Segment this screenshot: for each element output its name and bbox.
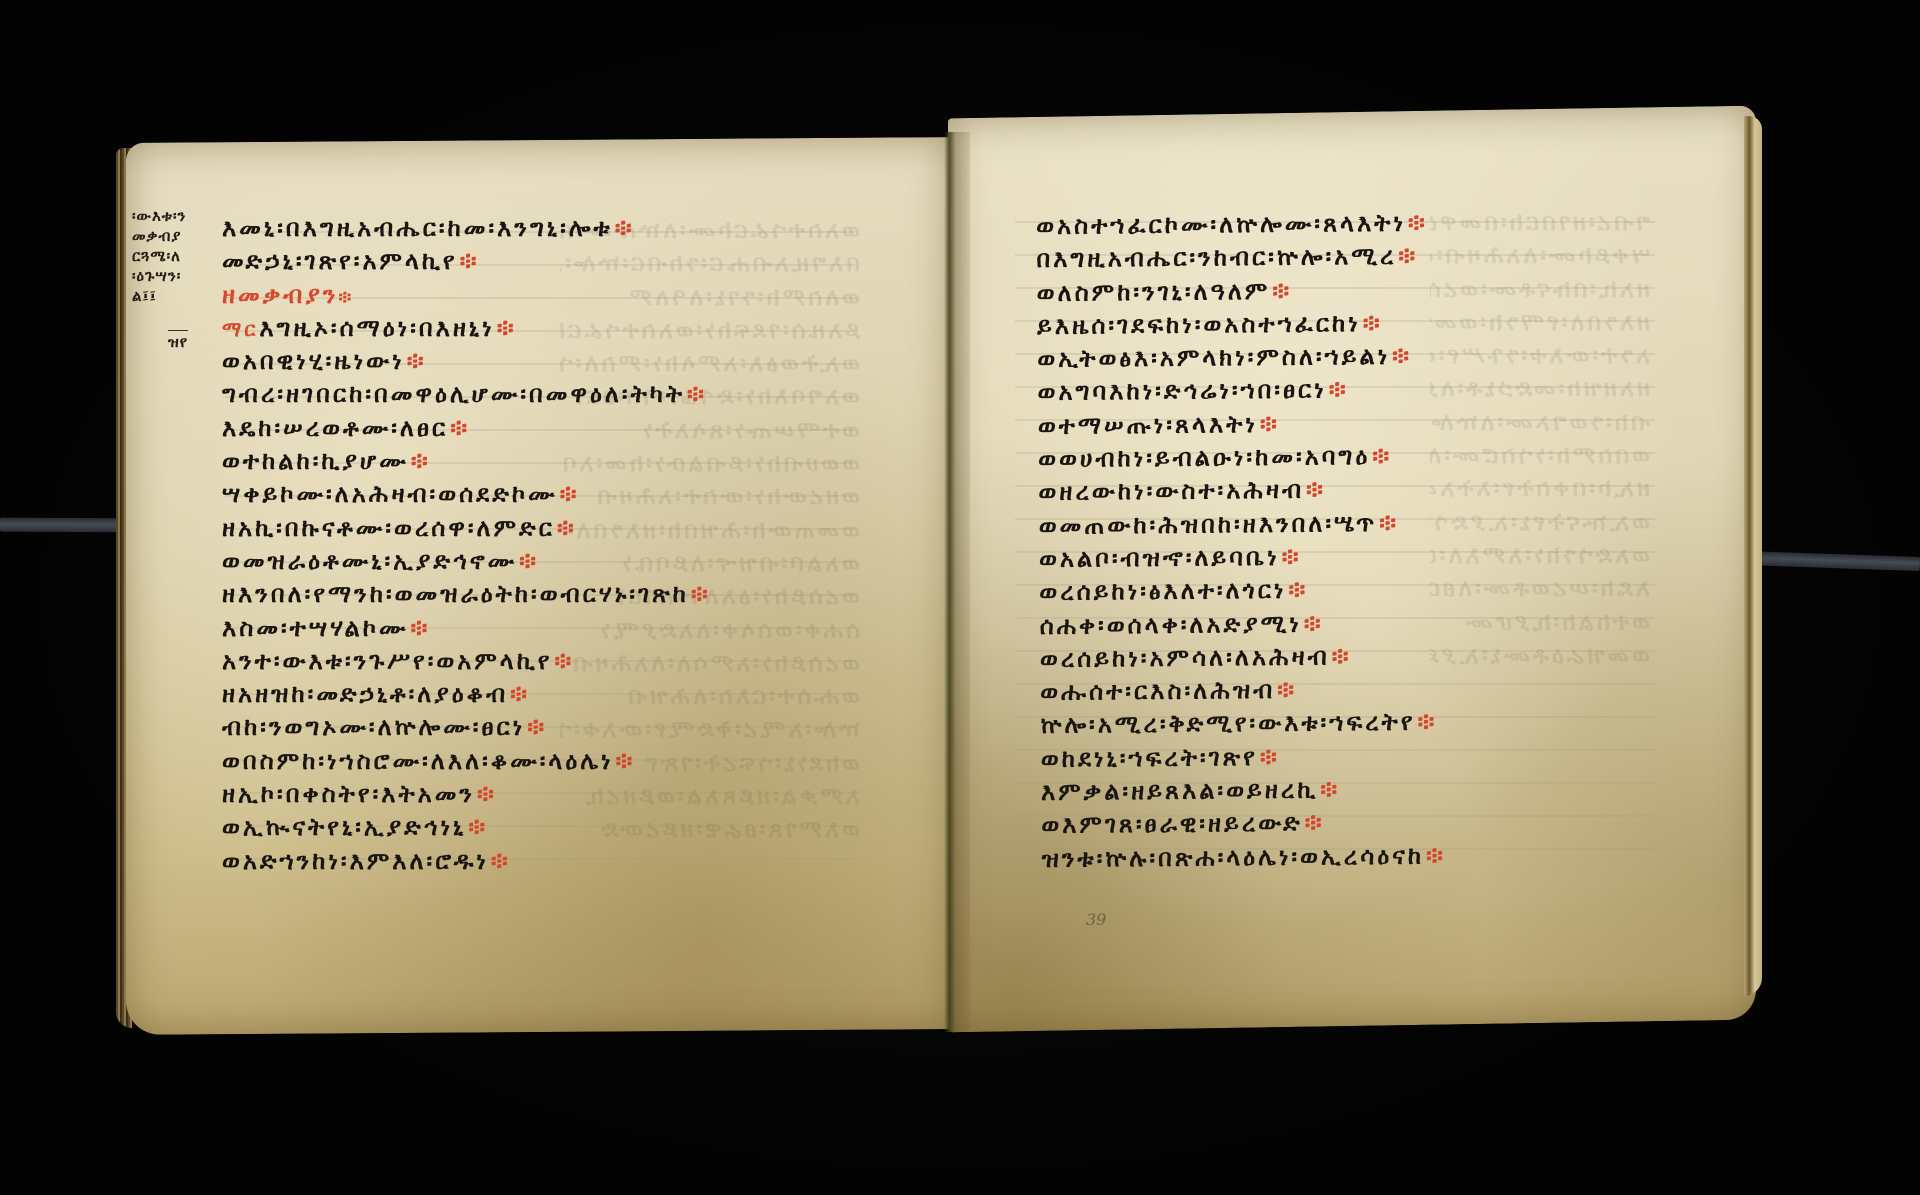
verse-divider-icon: ፨ — [554, 647, 574, 675]
text-line: እምቃል፡ዘይጸእል፡ወይዘረኪ፨ — [1041, 772, 1446, 809]
text-line: ዘአኪ፡በኩናቶሙ፡ወረሰዋ፡ለምድር፨ — [222, 512, 711, 545]
verse-divider-icon: ፨ — [510, 680, 530, 708]
verse-divider-icon: ፨ — [1417, 708, 1437, 736]
verse-divider-icon: ፨ — [491, 847, 511, 875]
verse-divider-icon: ፨ — [1372, 442, 1392, 470]
verse-divider-icon: ፨ — [1288, 576, 1308, 604]
rubric-incipit: ማር — [222, 317, 258, 341]
verse-divider-icon: ፨ — [1363, 309, 1383, 337]
verse-divider-icon: ፨ — [1277, 676, 1297, 704]
verse-divider-icon: ፨ — [1305, 809, 1325, 837]
text-line: ሣቀይኮሙ፡ለአሕዛብ፡ወሰደድኮሙ፨ — [222, 478, 711, 511]
verse-divider-icon: ፨ — [477, 780, 497, 808]
text-line: ወመዝራዕቶሙኒ፡ኢያድኅኖሙ፨ — [222, 545, 711, 578]
text-line: ወወሀብከነ፡ይብልዑነ፡ከመ፡አባግዕ፨ — [1038, 440, 1443, 477]
text-line: ወረሰይከነ፡አምሳለ፡ለአሕዛብ፨ — [1040, 639, 1445, 676]
text-line: ወኢትወፅእ፡አምላክነ፡ምስለ፡ኀይልነ፨ — [1037, 340, 1442, 377]
text-line: ግብረ፡ዘገበርከ፡በመዋዕሊሆሙ፡በመዋዕለ፡ትካት፨ — [222, 378, 711, 411]
left-page-text: እመኒ፡በእግዚአብሔር፡ከመ፡እንግኒ፡ሎቱ፨ መድኃኒ፡ገጽየ፡አምላኪየ፨… — [222, 212, 711, 878]
verse-divider-icon: ፨ — [1379, 509, 1399, 537]
verse-divider-icon: ፨ — [615, 214, 635, 242]
text-line: ወበስምከ፡ነኀስሮሙ፡ለእለ፡ቆሙ፡ላዕሌነ፨ — [222, 745, 711, 778]
right-page-text: ወአስተኀፈርኮሙ፡ለኵሎሙ፡ጸላእትነ፨ በእግዚአብሔር፡ንከብር፡ኵሎ፡አ… — [1036, 206, 1446, 875]
verse-divider-icon: ፨ — [1272, 276, 1292, 304]
text-line: ዘአዘዝከ፡መድኃኒቶ፡ለያዕቆብ፨ — [222, 678, 711, 711]
verse-divider-icon: ፨ — [1282, 543, 1302, 571]
text-line: ወኢኲናትየኒ፡ኢያድኅነኒ፨ — [222, 811, 711, 844]
verse-divider-icon: ፨ — [1306, 476, 1326, 504]
verse-divider-icon: ፨ — [450, 414, 470, 442]
verse-divider-icon: ፨ — [460, 247, 480, 275]
verse-divider-icon: ፨ — [519, 547, 539, 575]
verse-divider-icon: ፨ — [1260, 410, 1280, 438]
text-line: ወአግባእከነ፡ድኅሬነ፡ኀበ፡ፀርነ፨ — [1037, 373, 1442, 410]
verse-divider-icon: ፨ — [527, 713, 547, 741]
folio-number: 39 — [1086, 910, 1106, 929]
verse-divider-icon: ፨ — [557, 514, 577, 542]
text-line: ወአድኀንከነ፡እምእለ፡ሮዱነ፨ — [222, 845, 711, 878]
verse-divider-icon: ፨ — [1260, 743, 1280, 771]
text-line: ወአስተኀፈርኮሙ፡ለኵሎሙ፡ጸላእትነ፨ — [1036, 206, 1441, 243]
verse-divider-icon: ፨ — [1320, 775, 1340, 803]
text-line: ይእዜሰ፡ገደፍከነ፡ወአስተኀፈርከነ፨ — [1037, 306, 1442, 343]
section-mark-icon: ፨ — [338, 287, 354, 308]
text-line: እዴከ፡ሠረወቶሙ፡ለፀር፨ — [222, 412, 711, 445]
book-gutter — [944, 132, 970, 1032]
verse-divider-icon: ፨ — [1408, 209, 1428, 237]
verse-divider-icon: ፨ — [497, 314, 517, 342]
text-line: ዝንቱ፡ኵሉ፡በጽሐ፡ላዕሌነ፡ወኢረሳዕናከ፨ — [1042, 839, 1447, 876]
verse-divider-icon: ፨ — [411, 447, 431, 475]
margin-note-line: ል፤፤ — [132, 286, 186, 306]
margin-note-line: መቃብያ — [132, 226, 186, 246]
verse-divider-icon: ፨ — [1392, 342, 1412, 370]
rubric-heading: ዘመቃብያን፨ — [222, 279, 711, 312]
verse-divider-icon: ፨ — [1329, 376, 1349, 404]
text-line: ሰሐቀ፡ወሰላቀ፡ለአድያሚነ፨ — [1039, 606, 1444, 643]
verse-divider-icon: ፨ — [411, 614, 431, 642]
verse-divider-icon: ፨ — [560, 480, 580, 508]
text-line: ወረሰይከነ፡ፅእለተ፡ለጎርነ፨ — [1039, 573, 1444, 610]
verse-divider-icon: ፨ — [691, 580, 711, 608]
margin-note-line: ፡ዕጉሣን፡ — [132, 266, 186, 286]
text-line: ወለስምከ፡ንገኒ፡ለዓለም፨ — [1037, 273, 1442, 310]
verse-divider-icon: ፨ — [1426, 841, 1446, 869]
text-line: መድኃኒ፡ገጽየ፡አምላኪየ፨ — [222, 245, 711, 278]
text-line: አንተ፡ውእቱ፡ንጉሥየ፡ወአምላኪየ፨ — [222, 645, 711, 678]
text-line: በእግዚአብሔር፡ንከብር፡ኵሎ፡አሚረ፨ — [1036, 240, 1441, 277]
text-line: ኵሎ፡አሚረ፡ቅድሚየ፡ውእቱ፡ኀፍረትየ፨ — [1040, 706, 1445, 743]
text-line: እስመ፡ተሣሃልኮሙ፨ — [222, 612, 711, 645]
text-line: ወአበዊነሂ፡ዜነውነ፨ — [222, 345, 711, 378]
text-line: ዘኢኮ፡በቀስትየ፡እትአመን፨ — [222, 778, 711, 811]
verse-divider-icon: ፨ — [616, 747, 636, 775]
text-line: ወአልቦ፡ብዝኆ፡ለይባቤነ፨ — [1039, 539, 1444, 576]
margin-note-line: ፡ውእቱ፡ን — [132, 206, 186, 226]
right-page-show-through: ግብረ፡ዘገበርከ፡በመዋዕሊሆሙ፡በመዋዕለ፡ትካት ሣቀይኮሙ፡ለአሕዛብ፡… — [1430, 206, 1650, 676]
text-line: ማርእግዚኦ፡ሰማዕነ፡በእዘኒነ፨ — [222, 312, 711, 345]
text-line: ብከ፡ንወግኦሙ፡ለኵሎሙ፡ፀርነ፨ — [222, 711, 711, 744]
text-line: ወሑሰተ፡ርእስ፡ለሕዝብ፨ — [1040, 673, 1445, 710]
verse-divider-icon: ፨ — [1304, 609, 1324, 637]
text-line: ወከደነኒ፡ኀፍረት፡ገጽየ፨ — [1041, 739, 1446, 776]
text-line: ወእምገጸ፡ፀራዊ፡ዘይረውድ፨ — [1041, 806, 1446, 843]
verse-divider-icon: ፨ — [407, 347, 427, 375]
verse-divider-icon: ፨ — [1332, 642, 1352, 670]
verse-divider-icon: ፨ — [468, 813, 488, 841]
text-line: ወመጠውከ፡ሕዝበከ፡ዘእንበለ፡ሤጥ፨ — [1039, 506, 1444, 543]
right-page-edges — [1744, 116, 1762, 996]
text-line: ዘእንበለ፡የማንከ፡ወመዝራዕትከ፡ወብርሃኑ፡ገጽከ፨ — [222, 578, 711, 611]
verse-divider-icon: ፨ — [1398, 242, 1418, 270]
text-line: ወተከልከ፡ኪያሆሙ፨ — [222, 445, 711, 478]
text-line: ወዘረውከነ፡ውስተ፡አሕዛብ፨ — [1038, 473, 1443, 510]
margin-note-line: ርጓሜ፡ለ — [132, 246, 186, 266]
text-line: ወተማሠጡነ፡ጸላእትነ፨ — [1038, 406, 1443, 443]
left-margin-note: ፡ውእቱ፡ን መቃብያ ርጓሜ፡ለ ፡ዕጉሣን፡ ል፤፤ — [132, 206, 186, 306]
section-number: ዝየ — [168, 330, 188, 351]
text-line: እመኒ፡በእግዚአብሔር፡ከመ፡እንግኒ፡ሎቱ፨ — [222, 212, 711, 245]
verse-divider-icon: ፨ — [687, 380, 707, 408]
